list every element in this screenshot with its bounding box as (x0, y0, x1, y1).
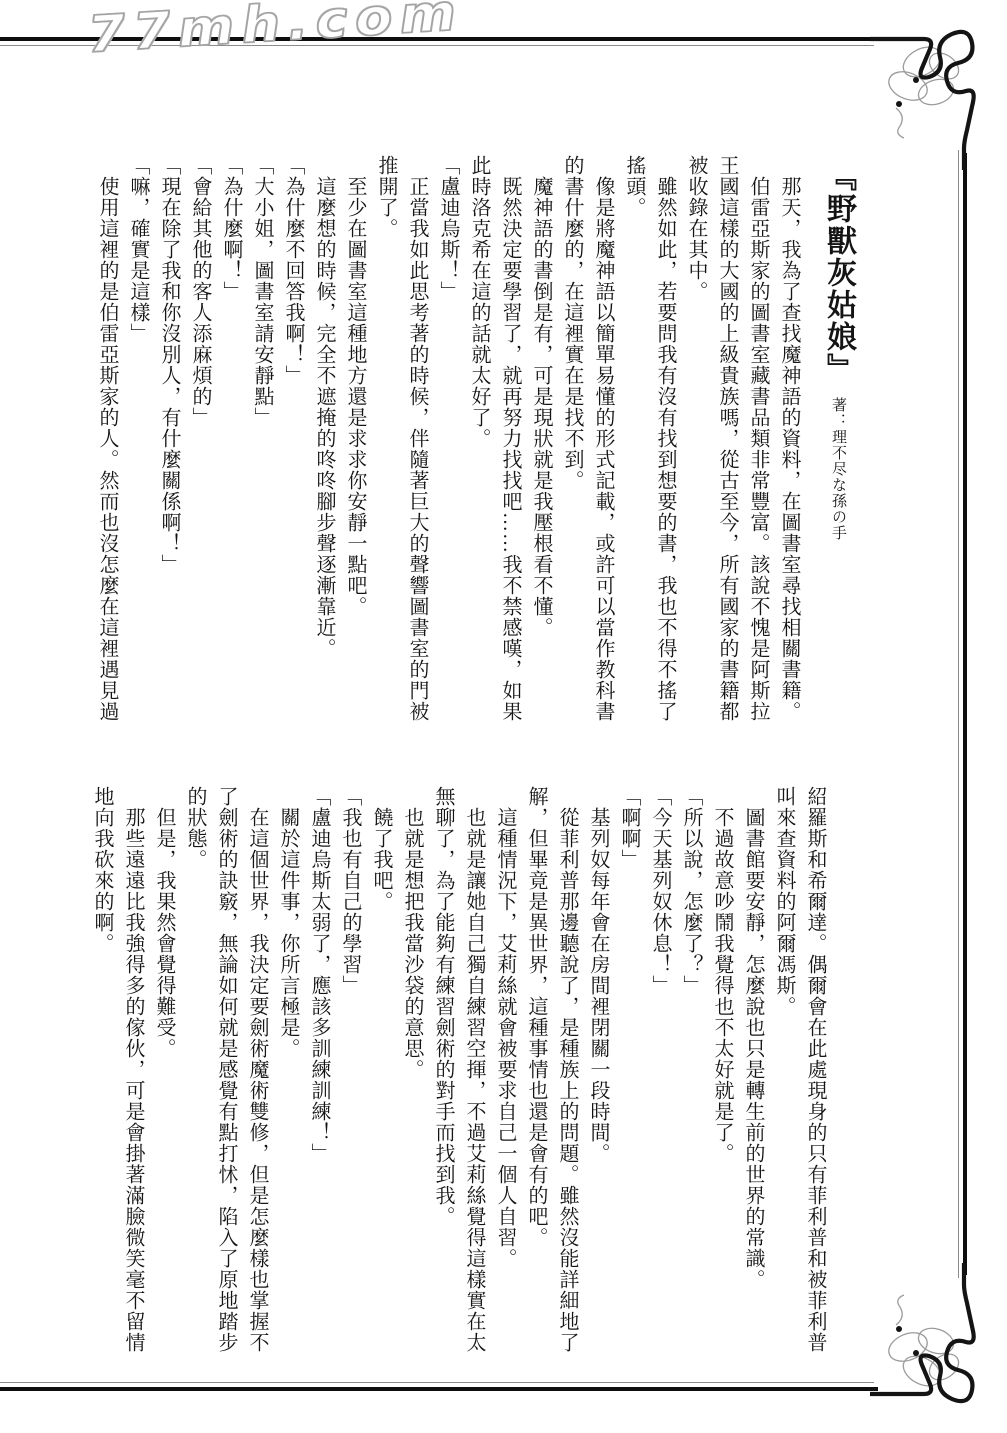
text-tier-bottom: 紹羅斯和希爾達。偶爾會在此處現身的只有菲利普和被菲利普叫來查資料的阿爾馮斯。圖書… (50, 786, 830, 1358)
paragraph: 在這個世界，我決定要劍術魔術雙修，但是怎麼樣也掌握不了劍術的訣竅，無論如何就是感… (179, 786, 272, 1358)
paragraph: 這麼想的時候，完全不遮掩的咚咚腳步聲逐漸靠近。 (308, 155, 339, 727)
paragraph: 從菲利普那邊聽說了，是種族上的問題。雖然沒能詳細地了解，但畢竟是異世界，這種事情… (520, 786, 582, 1358)
paragraph: 「盧迪烏斯太弱了，應該多訓練訓練！」 (303, 786, 334, 1358)
chapter-title: 『野獸灰姑娘』 (822, 161, 855, 385)
watermark: 77mh.com (86, 0, 465, 64)
paragraph: 伯雷亞斯家的圖書室藏書品類非常豐富。該說不愧是阿斯拉王國這樣的大國的上級貴族嗎，… (680, 155, 773, 727)
border-bottom-thin (0, 1382, 874, 1383)
paragraph: 既然決定要學習了，就再努力找找吧……我不禁感嘆，如果此時洛克希在這的話就太好了。 (463, 155, 525, 727)
paragraph: 「今天基列奴休息！」 (644, 786, 675, 1358)
paragraph: 「為什麼啊！」 (215, 155, 246, 727)
paragraph: 圖書館要安靜，怎麼說也只是轉生前的世界的常識。 (737, 786, 768, 1358)
chapter-title-column: 『野獸灰姑娘』著：理不尽な孫の手 (814, 155, 862, 727)
paragraph: 紹羅斯和希爾達。偶爾會在此處現身的只有菲利普和被菲利普叫來查資料的阿爾馮斯。 (768, 786, 830, 1358)
paragraph: 雖然如此，若要問我有沒有找到想要的書，我也不得不搖了搖頭。 (618, 155, 680, 727)
paragraph: 關於這件事，你所言極是。 (272, 786, 303, 1358)
paragraph: 「盧迪烏斯！」 (432, 155, 463, 727)
text-tier-top: 『野獸灰姑娘』著：理不尽な孫の手 那天，我為了查找魔神語的資料，在圖書室尋找相關… (72, 155, 862, 727)
paragraph: 「所以說，怎麼了？」 (675, 786, 706, 1358)
paragraph: 也就是想把我當沙袋的意思。 (396, 786, 427, 1358)
paragraph: 那天，我為了查找魔神語的資料，在圖書室尋找相關書籍。 (773, 155, 804, 727)
border-bottom-thick (0, 1387, 878, 1391)
paragraph: 也就是讓她自己獨自練習空揮，不過艾莉絲覺得這樣實在太無聊了，為了能夠有練習劍術的… (427, 786, 489, 1358)
paragraph: 「大小姐，圖書室請安靜點」 (246, 155, 277, 727)
paragraph: 正當我如此思考著的時候，伴隨著巨大的聲響圖書室的門被推開了。 (370, 155, 432, 727)
border-right-thick (963, 153, 967, 1275)
paragraph: 但是，我果然會覺得難受。 (148, 786, 179, 1358)
border-right-thin (958, 150, 959, 1278)
paragraph: 不過故意吵鬧我覺得也不太好就是了。 (706, 786, 737, 1358)
paragraph: 饒了我吧。 (365, 786, 396, 1358)
novel-page: 77mh.com (0, 0, 1007, 1433)
paragraph: 基列奴每年會在房間裡閉關一段時間。 (582, 786, 613, 1358)
paragraph: 「現在除了我和你沒別人，有什麼關係啊！」 (153, 155, 184, 727)
paragraph: 魔神語的書倒是有，可是現狀就是我壓根看不懂。 (525, 155, 556, 727)
paragraph: 這種情況下，艾莉絲就會被要求自己一個人自習。 (489, 786, 520, 1358)
corner-flourish-bottom-right-icon (870, 1263, 980, 1413)
paragraph: 那些遠遠比我強得多的傢伙，可是會掛著滿臉微笑毫不留情地向我砍來的啊。 (86, 786, 148, 1358)
paragraph: 「為什麼不回答我啊！」 (277, 155, 308, 727)
paragraph: 「我也有自己的學習」 (334, 786, 365, 1358)
paragraph: 「會給其他的客人添麻煩的」 (184, 155, 215, 727)
paragraph: 使用這裡的是伯雷亞斯家的人。然而也沒怎麼在這裡遇見過 (91, 155, 122, 727)
author-credit: 著：理不尽な孫の手 (830, 397, 846, 541)
paragraph: 「啊啊」 (613, 786, 644, 1358)
paragraph: 「嘛，確實是這樣」 (122, 155, 153, 727)
paragraph: 至少在圖書室這種地方還是求求你安靜一點吧。 (339, 155, 370, 727)
corner-flourish-top-right-icon (870, 20, 980, 170)
paragraph: 像是將魔神語以簡單易懂的形式記載，或許可以當作教科書的書什麼的，在這裡實在是找不… (556, 155, 618, 727)
